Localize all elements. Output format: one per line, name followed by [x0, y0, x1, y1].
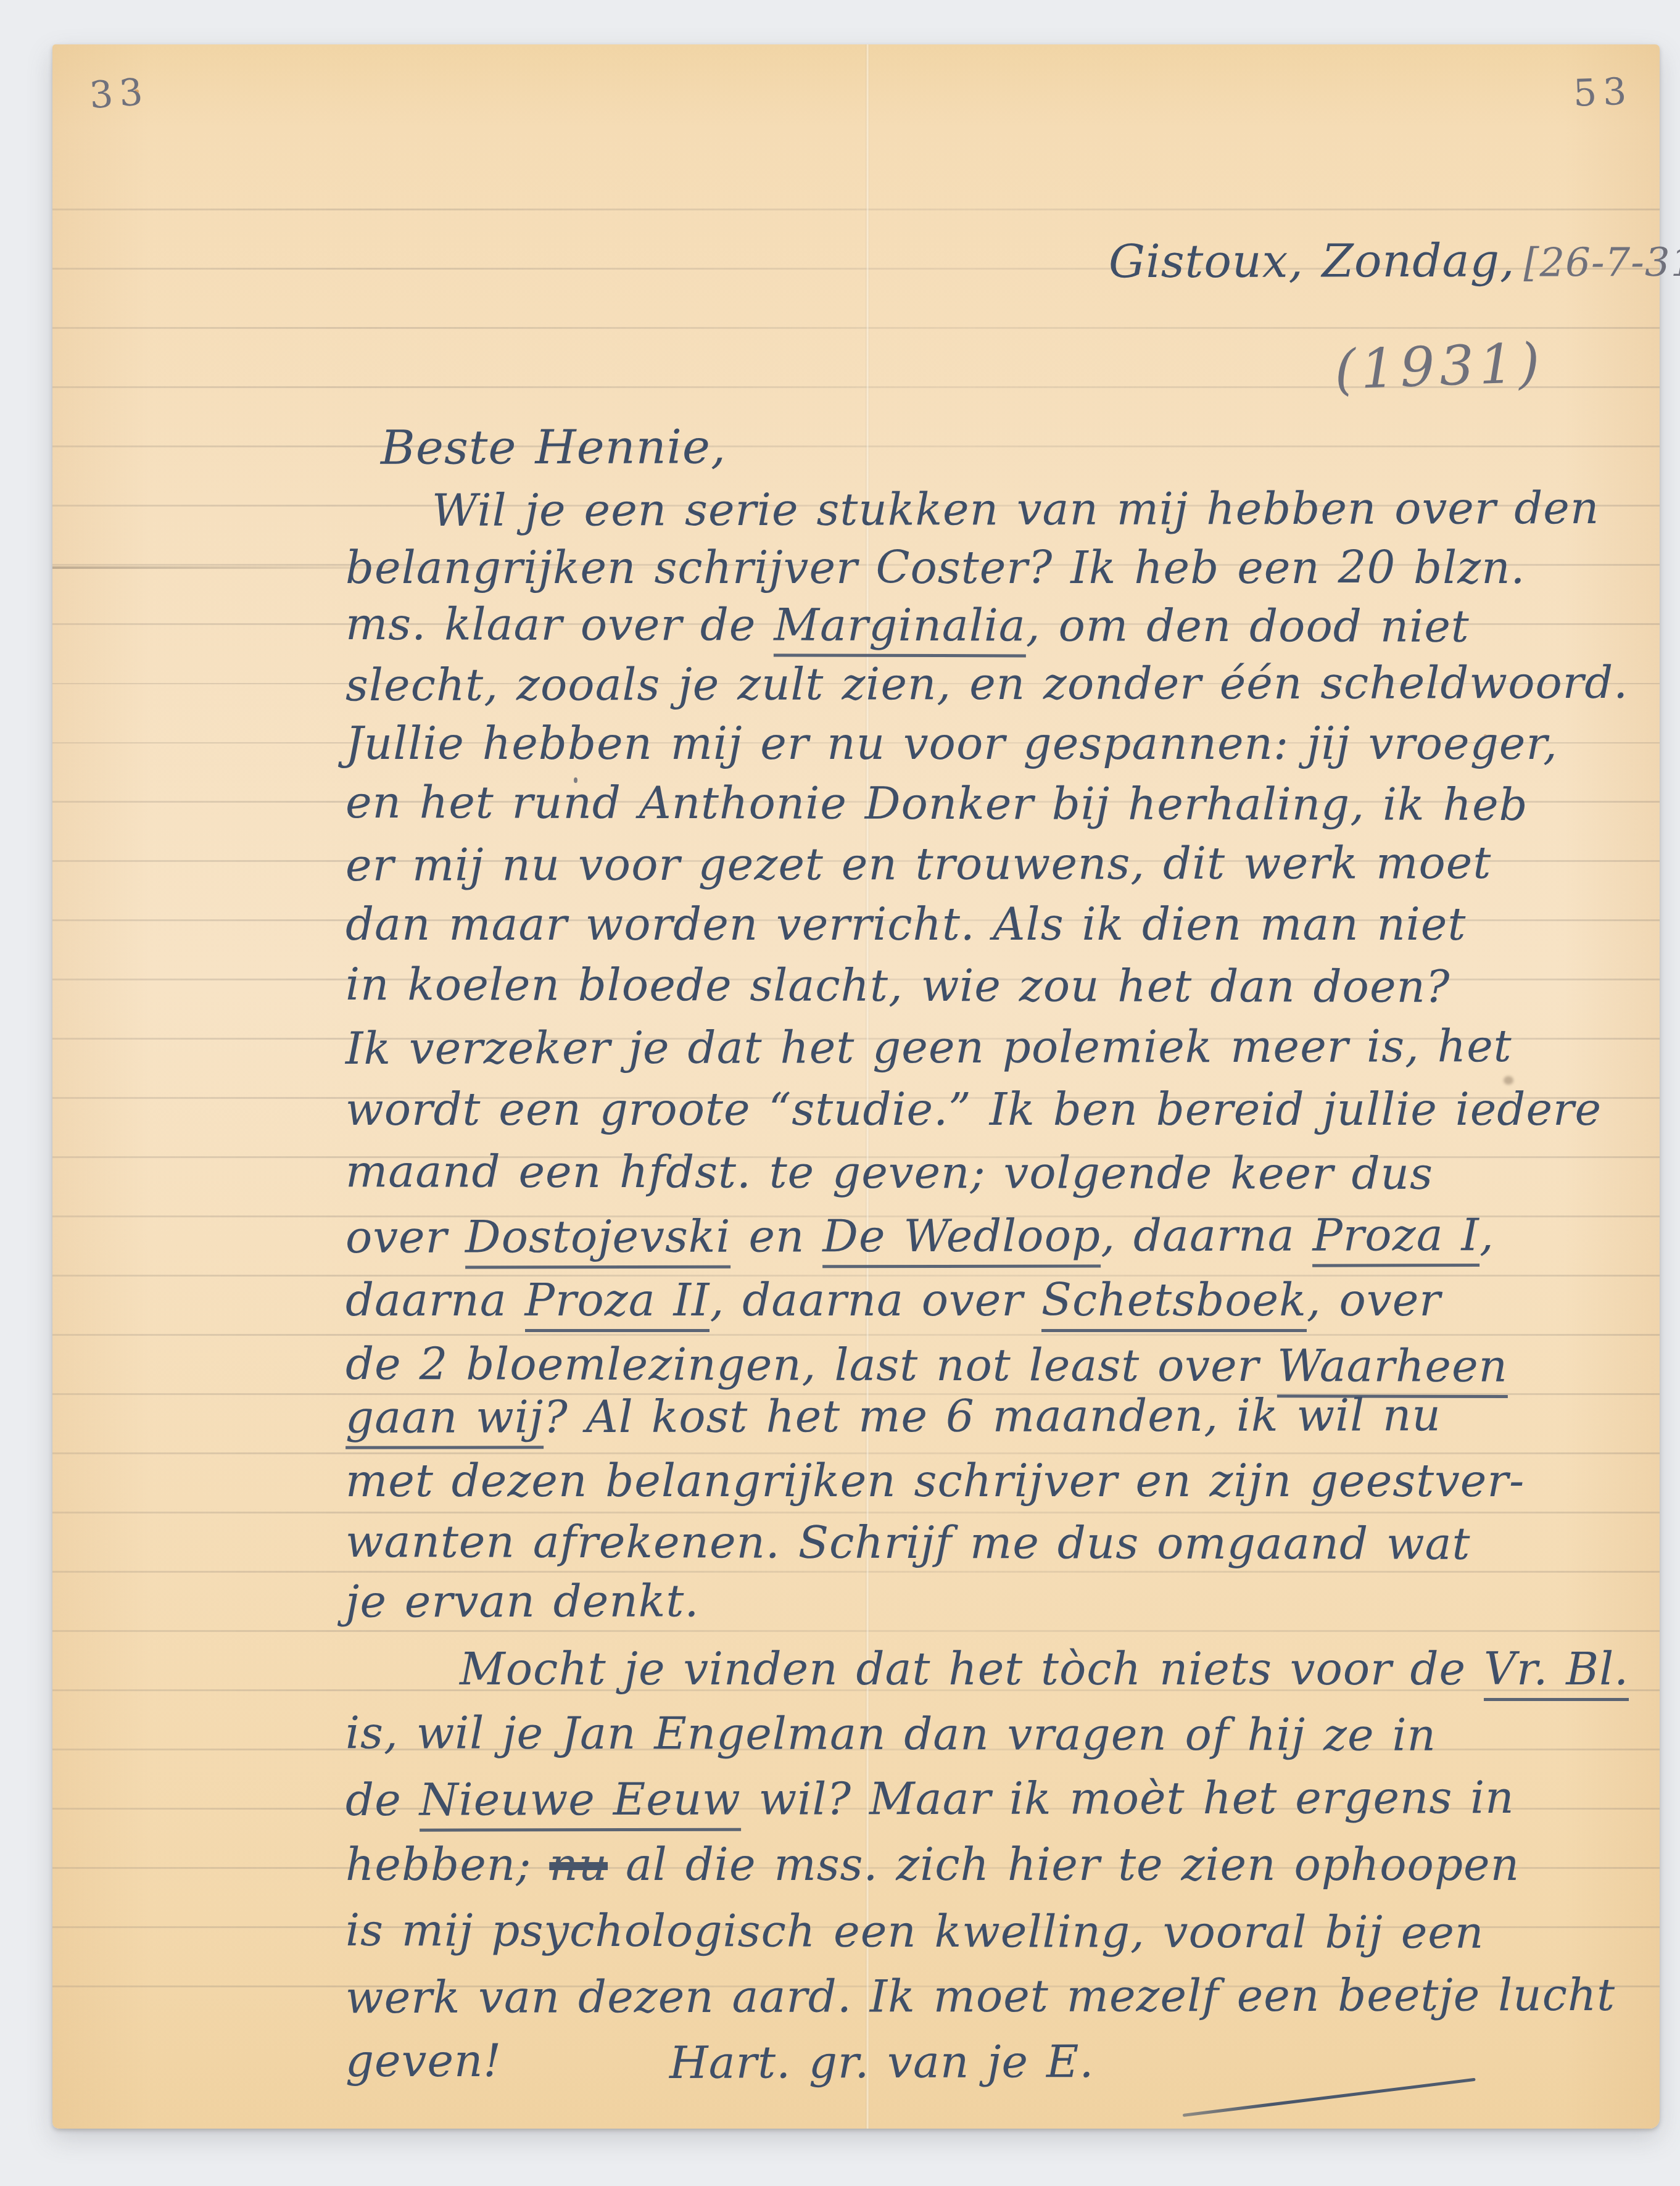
handwritten-text: daarna — [346, 1274, 525, 1326]
underlined-title: Marginalia — [774, 599, 1026, 658]
body-line: in koelen bloede slacht, wie zou het dan… — [346, 958, 1450, 1012]
handwritten-text: is mij psychologisch een kwelling, voora… — [346, 1904, 1484, 1958]
body-line: daarna Proza II, daarna over Schetsboek,… — [346, 1274, 1441, 1326]
handwritten-text: , daarna over — [710, 1274, 1041, 1326]
handwritten-text: wil? Maar ik moèt het ergens in — [741, 1771, 1515, 1825]
dateline-year-pencil: (1931) — [1333, 331, 1546, 402]
handwritten-text: slecht, zooals je zult zien, en zonder é… — [346, 656, 1628, 711]
handwritten-text: over — [346, 1211, 465, 1263]
body-line: er mij nu voor gezet en trouwens, dit we… — [346, 837, 1492, 891]
handwritten-text: , daarna — [1101, 1209, 1313, 1262]
handwritten-text: maand een hfdst. te geven; volgende keer… — [346, 1145, 1433, 1199]
handwritten-text: , — [1479, 1209, 1494, 1261]
body-line: Ik verzeker je dat het geen polemiek mee… — [346, 1020, 1512, 1074]
handwritten-text: belangrijken schrijver Coster? Ik heb ee… — [346, 542, 1525, 594]
body-line: wordt een groote “studie.” Ik ben bereid… — [346, 1083, 1602, 1135]
letter-paper: 33 53 Gistoux, Zondag,[26-7-31] (1931) B… — [52, 44, 1660, 2129]
body-line: over Dostojevski en De Wedloop, daarna P… — [346, 1209, 1494, 1263]
body-line: Wil je een serie stukken van mij hebben … — [432, 482, 1599, 536]
page-number-left: 33 — [88, 70, 151, 118]
body-line: de Nieuwe Eeuw wil? Maar ik moèt het erg… — [346, 1771, 1515, 1826]
handwritten-text: ? Al kost het me 6 maanden, ik wil nu — [544, 1389, 1441, 1443]
body-line: gaan wij? Al kost het me 6 maanden, ik w… — [346, 1389, 1441, 1443]
handwritten-text: en het rund Anthonie Donker bij herhalin… — [346, 776, 1528, 830]
body-line: geven! — [346, 2035, 502, 2087]
handwritten-text: al die mss. zich hier te zien ophoopen — [608, 1839, 1520, 1890]
handwritten-text: , om den dood niet — [1026, 599, 1470, 652]
body-line: je ervan denkt. — [346, 1575, 699, 1627]
body-line: de 2 bloemlezingen, last not least over … — [346, 1338, 1508, 1392]
salutation: Beste Hennie, — [381, 419, 726, 474]
body-line: wanten afrekenen. Schrijf me dus omgaand… — [346, 1515, 1471, 1570]
underlined-title: Dostojevski — [465, 1211, 731, 1269]
handwritten-text: je ervan denkt. — [346, 1575, 699, 1627]
body-line: ms. klaar over de Marginalia, om den doo… — [346, 598, 1470, 652]
body-line: Mocht je vinden dat het tòch niets voor … — [460, 1643, 1629, 1695]
crossed-out-word: nu — [549, 1839, 608, 1890]
handwritten-text: is, wil je Jan Engelman dan vragen of hi… — [346, 1707, 1436, 1761]
body-line: Jullie hebben mij er nu voor gespannen: … — [346, 718, 1558, 769]
underlined-title: Vr. Bl. — [1484, 1643, 1629, 1701]
handwritten-text: wanten afrekenen. Schrijf me dus omgaand… — [346, 1515, 1471, 1570]
handwritten-text: ms. klaar over de — [346, 598, 774, 650]
handwritten-text: de — [346, 1774, 420, 1826]
body-line: slecht, zooals je zult zien, en zonder é… — [346, 656, 1628, 711]
handwritten-text: dan maar worden verricht. Als ik dien ma… — [346, 898, 1466, 950]
handwritten-text: Jullie hebben mij er nu voor gespannen: … — [346, 718, 1558, 769]
handwritten-text: de 2 bloemlezingen, last not least over — [346, 1338, 1277, 1391]
signature-flourish — [1183, 2078, 1476, 2117]
body-line: werk van dezen aard. Ik moet mezelf een … — [346, 1969, 1615, 2023]
handwritten-text: Mocht je vinden dat het tòch niets voor … — [460, 1643, 1484, 1695]
dateline-place-ink: Gistoux, Zondag, — [1109, 234, 1515, 289]
handwritten-text: in koelen bloede slacht, wie zou het dan… — [346, 958, 1450, 1012]
underlined-title: Nieuwe Eeuw — [420, 1773, 742, 1832]
handwritten-text: wordt een groote “studie.” Ik ben bereid… — [346, 1083, 1602, 1135]
underlined-title: De Wedloop — [822, 1209, 1101, 1268]
handwritten-text: Wil je een serie stukken van mij hebben … — [432, 482, 1599, 536]
body-line: is, wil je Jan Engelman dan vragen of hi… — [346, 1707, 1436, 1761]
closing-signature: Hart. gr. van je E. — [669, 2035, 1094, 2089]
body-line: is mij psychologisch een kwelling, voora… — [346, 1904, 1484, 1958]
underlined-title: Schetsboek — [1041, 1274, 1307, 1332]
body-line: dan maar worden verricht. Als ik dien ma… — [346, 898, 1466, 950]
scan-background: { "document": { "kind": "handwritten-let… — [0, 0, 1680, 2186]
handwritten-text: hebben; — [346, 1839, 549, 1890]
dateline: Gistoux, Zondag,[26-7-31] — [1109, 234, 1680, 289]
underlined-title: Proza II — [525, 1274, 710, 1332]
handwritten-text: en — [730, 1210, 822, 1262]
underlined-title: Proza I — [1312, 1209, 1479, 1267]
handwritten-text: met dezen belangrijken schrijver en zijn… — [346, 1455, 1525, 1507]
underlined-title: gaan wij — [346, 1391, 544, 1449]
handwritten-text: Ik verzeker je dat het geen polemiek mee… — [346, 1020, 1512, 1074]
body-line: en het rund Anthonie Donker bij herhalin… — [346, 776, 1528, 830]
page-number-right: 53 — [1573, 70, 1634, 115]
handwritten-text: geven! — [346, 2035, 502, 2087]
handwritten-text: , over — [1307, 1274, 1441, 1326]
body-line: maand een hfdst. te geven; volgende keer… — [346, 1145, 1433, 1199]
dateline-date-pencil: [26-7-31] — [1523, 240, 1680, 286]
body-line: met dezen belangrijken schrijver en zijn… — [346, 1455, 1525, 1507]
handwritten-text: werk van dezen aard. Ik moet mezelf een … — [346, 1969, 1615, 2023]
body-line: belangrijken schrijver Coster? Ik heb ee… — [346, 542, 1525, 594]
handwritten-text: er mij nu voor gezet en trouwens, dit we… — [346, 837, 1492, 891]
body-line: hebben; nu al die mss. zich hier te zien… — [346, 1839, 1520, 1890]
